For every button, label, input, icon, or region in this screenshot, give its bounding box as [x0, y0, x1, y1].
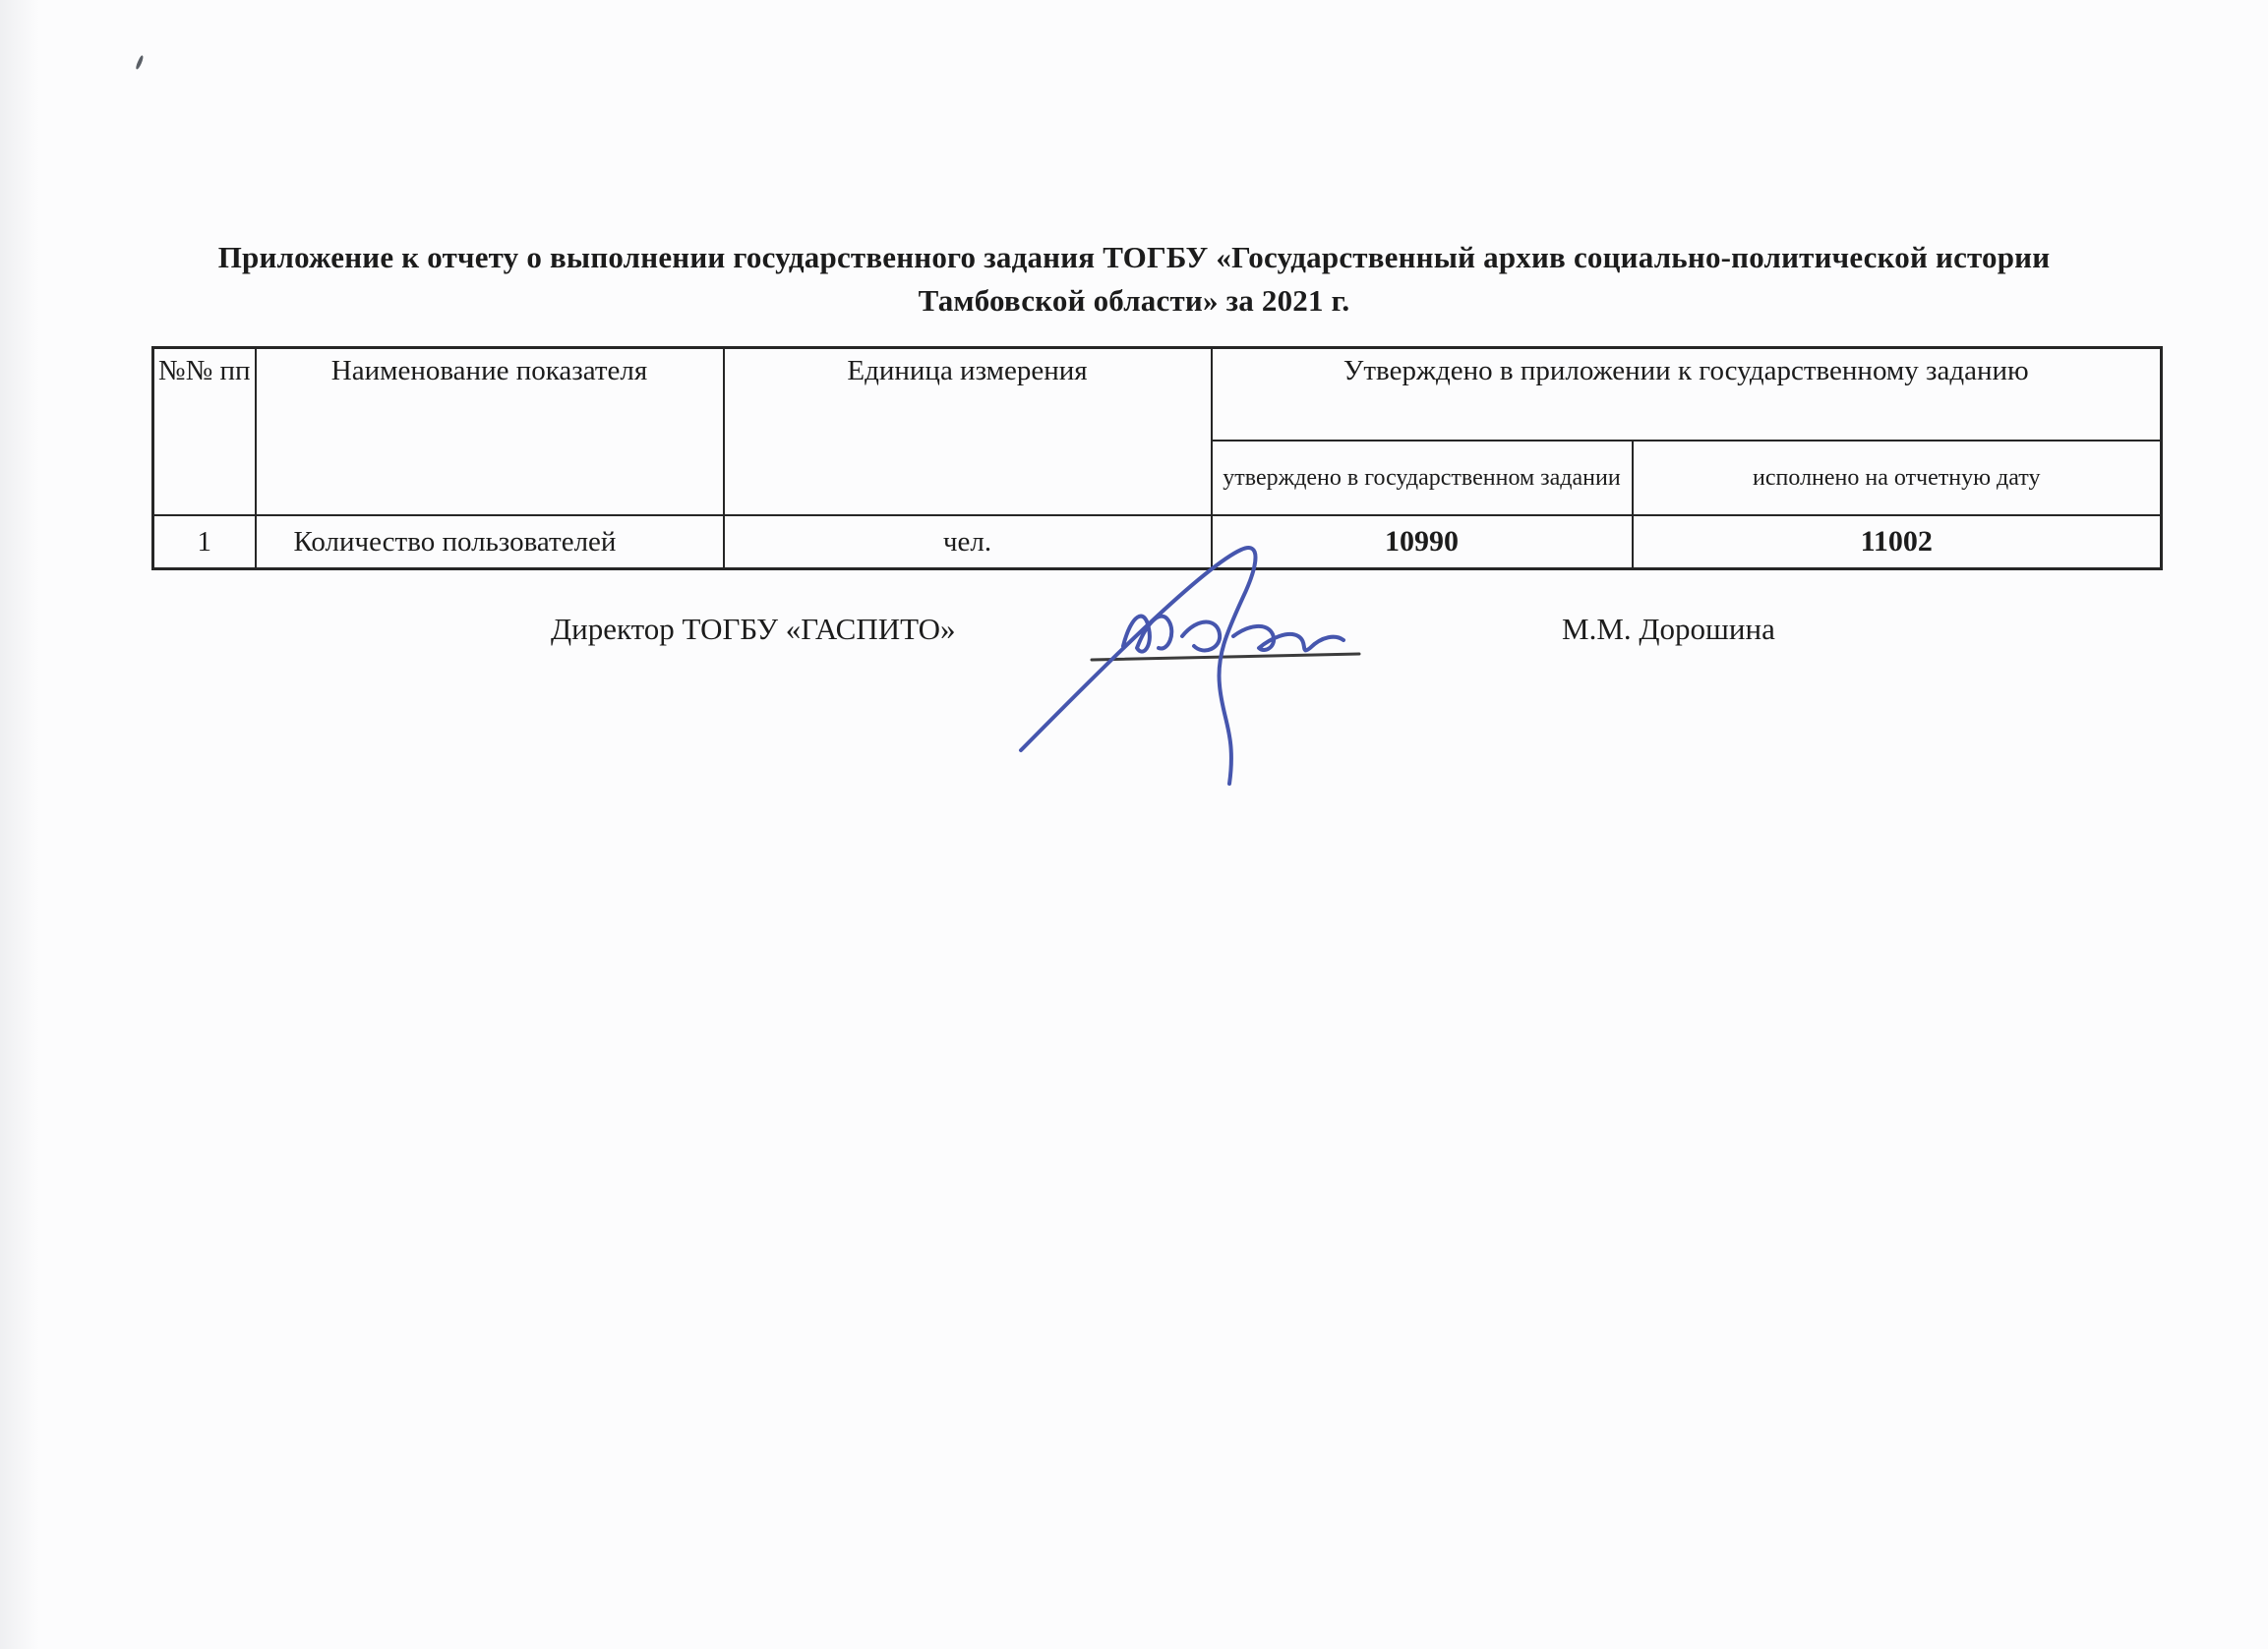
document-title-line2: Тамбовской области» за 2021 г. — [155, 279, 2113, 323]
scanned-document-page: Приложение к отчету о выполнении государ… — [0, 0, 2268, 1649]
handwritten-signature — [993, 536, 1456, 792]
subheader-approved: утверждено в государственном задании — [1212, 441, 1633, 515]
header-num: №№ пп — [153, 348, 256, 516]
signature-underline — [1092, 654, 1359, 660]
signature-person-name: М.М. Дорошина — [1562, 612, 1775, 647]
signature-ink-strokes — [1021, 548, 1343, 784]
subheader-executed: исполнено на отчетную дату — [1633, 441, 2162, 515]
signature-role-label: Директор ТОГБУ «ГАСПИТО» — [551, 612, 956, 647]
document-title: Приложение к отчету о выполнении государ… — [155, 236, 2113, 323]
header-unit: Единица измерения — [724, 348, 1212, 516]
header-approved-group: Утверждено в приложении к государственно… — [1212, 348, 2162, 442]
table-header-row: №№ пп Наименование показателя Единица из… — [153, 348, 2162, 442]
row-indicator: Количество пользователей — [256, 515, 724, 569]
header-indicator: Наименование показателя — [256, 348, 724, 516]
scan-artifact-mark — [135, 55, 145, 70]
document-title-line1: Приложение к отчету о выполнении государ… — [155, 236, 2113, 279]
row-num: 1 — [153, 515, 256, 569]
row-executed-value: 11002 — [1633, 515, 2162, 569]
